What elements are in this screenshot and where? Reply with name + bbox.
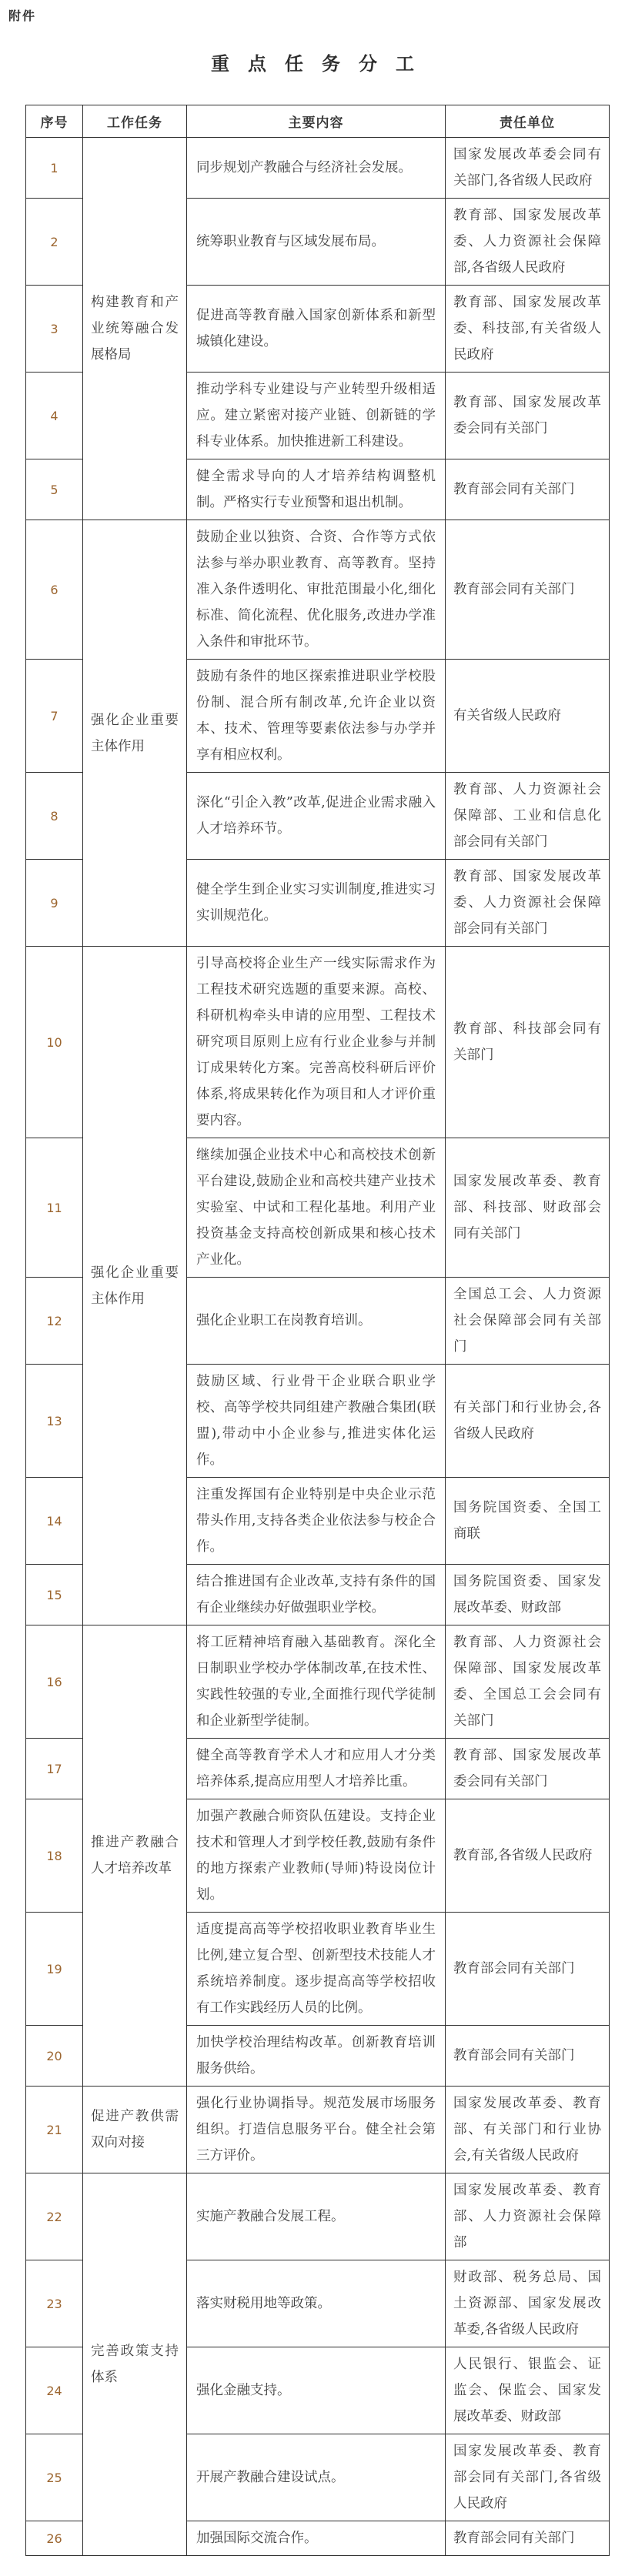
header-responsible-unit: 责任单位 [446, 105, 610, 138]
responsible-unit-cell: 教育部、科技部会同有关部门 [446, 947, 610, 1138]
main-content-cell: 注重发挥国有企业特别是中央企业示范带头作用,支持各类企业依法参与校企合作。 [187, 1478, 446, 1565]
serial-number-cell: 11 [26, 1138, 83, 1278]
responsible-unit-cell: 财政部、税务总局、国土资源部、国家发展改革委,各省级人民政府 [446, 2260, 610, 2347]
serial-number-cell: 7 [26, 660, 83, 773]
main-content-cell: 健全高等教育学术人才和应用人才分类培养体系,提高应用型人才培养比重。 [187, 1739, 446, 1799]
main-content-cell: 实施产教融合发展工程。 [187, 2173, 446, 2260]
responsible-unit-cell: 国家发展改革委会同有关部门,各省级人民政府 [446, 138, 610, 199]
work-task-cell: 构建教育和产业统筹融合发展格局 [83, 138, 187, 520]
responsible-unit-cell: 有关部门和行业协会,各省级人民政府 [446, 1365, 610, 1478]
responsible-unit-cell: 全国总工会、人力资源社会保障部会同有关部门 [446, 1278, 610, 1365]
table-row: 6强化企业重要主体作用鼓励企业以独资、合资、合作等方式依法参与举办职业教育、高等… [26, 520, 610, 660]
serial-number-cell: 16 [26, 1625, 83, 1739]
serial-number-cell: 15 [26, 1565, 83, 1625]
main-content-cell: 健全需求导向的人才培养结构调整机制。严格实行专业预警和退出机制。 [187, 459, 446, 520]
table-header-row: 序号 工作任务 主要内容 责任单位 [26, 105, 610, 138]
main-content-cell: 促进高等教育融入国家创新体系和新型城镇化建设。 [187, 286, 446, 373]
main-content-cell: 鼓励企业以独资、合资、合作等方式依法参与举办职业教育、高等教育。坚持准入条件透明… [187, 520, 446, 660]
responsible-unit-cell: 教育部、国家发展改革委、人力资源社会保障部会同有关部门 [446, 860, 610, 947]
main-content-cell: 统筹职业教育与区域发展布局。 [187, 199, 446, 286]
main-content-cell: 鼓励有条件的地区探索推进职业学校股份制、混合所有制改革,允许企业以资本、技术、管… [187, 660, 446, 773]
main-content-cell: 将工匠精神培育融入基础教育。深化全日制职业学校办学体制改革,在技术性、实践性较强… [187, 1625, 446, 1739]
work-task-cell: 强化企业重要主体作用 [83, 947, 187, 1625]
main-content-cell: 强化企业职工在岗教育培训。 [187, 1278, 446, 1365]
page-title: 重点任务分工 [0, 48, 625, 75]
responsible-unit-cell: 教育部、人力资源社会保障部、国家发展改革委、全国总工会会同有关部门 [446, 1625, 610, 1739]
serial-number-cell: 1 [26, 138, 83, 199]
main-content-cell: 继续加强企业技术中心和高校技术创新平台建设,鼓励企业和高校共建产业技术实验室、中… [187, 1138, 446, 1278]
serial-number-cell: 25 [26, 2434, 83, 2521]
responsible-unit-cell: 教育部会同有关部门 [446, 2026, 610, 2087]
serial-number-cell: 3 [26, 286, 83, 373]
main-content-cell: 适度提高高等学校招收职业教育毕业生比例,建立复合型、创新型技术技能人才系统培养制… [187, 1913, 446, 2026]
main-content-cell: 推动学科专业建设与产业转型升级相适应。建立紧密对接产业链、创新链的学科专业体系。… [187, 373, 446, 459]
responsible-unit-cell: 教育部、国家发展改革委、科技部,有关省级人民政府 [446, 286, 610, 373]
serial-number-cell: 17 [26, 1739, 83, 1799]
work-task-cell: 强化企业重要主体作用 [83, 520, 187, 947]
responsible-unit-cell: 国家发展改革委、教育部、科技部、财政部会同有关部门 [446, 1138, 610, 1278]
serial-number-cell: 13 [26, 1365, 83, 1478]
main-content-cell: 加强产教融合师资队伍建设。支持企业技术和管理人才到学校任教,鼓励有条件的地方探索… [187, 1799, 446, 1913]
serial-number-cell: 5 [26, 459, 83, 520]
work-task-cell: 促进产教供需双向对接 [83, 2087, 187, 2173]
header-serial-number: 序号 [26, 105, 83, 138]
serial-number-cell: 21 [26, 2087, 83, 2173]
document-page: 附件 重点任务分工 序号 工作任务 主要内容 责任单位 1构建教育和产业统筹融合… [0, 0, 625, 2556]
responsible-unit-cell: 教育部、人力资源社会保障部、工业和信息化部会同有关部门 [446, 773, 610, 860]
responsible-unit-cell: 教育部会同有关部门 [446, 2521, 610, 2556]
responsible-unit-cell: 国家发展改革委、教育部、人力资源社会保障部 [446, 2173, 610, 2260]
responsible-unit-cell: 国家发展改革委、教育部会同有关部门,各省级人民政府 [446, 2434, 610, 2521]
main-content-cell: 引导高校将企业生产一线实际需求作为工程技术研究选题的重要来源。高校、科研机构牵头… [187, 947, 446, 1138]
serial-number-cell: 4 [26, 373, 83, 459]
serial-number-cell: 8 [26, 773, 83, 860]
main-content-cell: 开展产教融合建设试点。 [187, 2434, 446, 2521]
table-row: 1构建教育和产业统筹融合发展格局同步规划产教融合与经济社会发展。国家发展改革委会… [26, 138, 610, 199]
main-content-cell: 深化“引企入教”改革,促进企业需求融入人才培养环节。 [187, 773, 446, 860]
serial-number-cell: 10 [26, 947, 83, 1138]
task-division-table: 序号 工作任务 主要内容 责任单位 1构建教育和产业统筹融合发展格局同步规划产教… [25, 105, 610, 2556]
responsible-unit-cell: 教育部、国家发展改革委会同有关部门 [446, 373, 610, 459]
responsible-unit-cell: 国务院国资委、全国工商联 [446, 1478, 610, 1565]
serial-number-cell: 23 [26, 2260, 83, 2347]
responsible-unit-cell: 教育部、国家发展改革委、人力资源社会保障部,各省级人民政府 [446, 199, 610, 286]
serial-number-cell: 14 [26, 1478, 83, 1565]
serial-number-cell: 9 [26, 860, 83, 947]
serial-number-cell: 18 [26, 1799, 83, 1913]
header-work-task: 工作任务 [83, 105, 187, 138]
responsible-unit-cell: 教育部,各省级人民政府 [446, 1799, 610, 1913]
main-content-cell: 落实财税用地等政策。 [187, 2260, 446, 2347]
work-task-cell: 完善政策支持体系 [83, 2173, 187, 2556]
responsible-unit-cell: 国务院国资委、国家发展改革委、财政部 [446, 1565, 610, 1625]
serial-number-cell: 24 [26, 2347, 83, 2434]
serial-number-cell: 12 [26, 1278, 83, 1365]
table-body: 1构建教育和产业统筹融合发展格局同步规划产教融合与经济社会发展。国家发展改革委会… [26, 138, 610, 2556]
work-task-cell: 推进产教融合人才培养改革 [83, 1625, 187, 2087]
responsible-unit-cell: 有关省级人民政府 [446, 660, 610, 773]
responsible-unit-cell: 教育部会同有关部门 [446, 1913, 610, 2026]
main-content-cell: 健全学生到企业实习实训制度,推进实习实训规范化。 [187, 860, 446, 947]
main-content-cell: 同步规划产教融合与经济社会发展。 [187, 138, 446, 199]
header-main-content: 主要内容 [187, 105, 446, 138]
responsible-unit-cell: 国家发展改革委、教育部、有关部门和行业协会,有关省级人民政府 [446, 2087, 610, 2173]
serial-number-cell: 6 [26, 520, 83, 660]
serial-number-cell: 2 [26, 199, 83, 286]
serial-number-cell: 26 [26, 2521, 83, 2556]
table-row: 16推进产教融合人才培养改革将工匠精神培育融入基础教育。深化全日制职业学校办学体… [26, 1625, 610, 1739]
serial-number-cell: 19 [26, 1913, 83, 2026]
responsible-unit-cell: 教育部会同有关部门 [446, 459, 610, 520]
main-content-cell: 加快学校治理结构改革。创新教育培训服务供给。 [187, 2026, 446, 2087]
table-row: 21促进产教供需双向对接强化行业协调指导。规范发展市场服务组织。打造信息服务平台… [26, 2087, 610, 2173]
main-content-cell: 鼓励区域、行业骨干企业联合职业学校、高等学校共同组建产教融合集团(联盟),带动中… [187, 1365, 446, 1478]
serial-number-cell: 22 [26, 2173, 83, 2260]
attachment-label: 附件 [8, 6, 625, 24]
responsible-unit-cell: 人民银行、银监会、证监会、保监会、国家发展改革委、财政部 [446, 2347, 610, 2434]
serial-number-cell: 20 [26, 2026, 83, 2087]
table-row: 10强化企业重要主体作用引导高校将企业生产一线实际需求作为工程技术研究选题的重要… [26, 947, 610, 1138]
table-row: 22完善政策支持体系实施产教融合发展工程。国家发展改革委、教育部、人力资源社会保… [26, 2173, 610, 2260]
main-content-cell: 强化行业协调指导。规范发展市场服务组织。打造信息服务平台。健全社会第三方评价。 [187, 2087, 446, 2173]
responsible-unit-cell: 教育部会同有关部门 [446, 520, 610, 660]
main-content-cell: 强化金融支持。 [187, 2347, 446, 2434]
table-header: 序号 工作任务 主要内容 责任单位 [26, 105, 610, 138]
main-content-cell: 结合推进国有企业改革,支持有条件的国有企业继续办好做强职业学校。 [187, 1565, 446, 1625]
responsible-unit-cell: 教育部、国家发展改革委会同有关部门 [446, 1739, 610, 1799]
main-content-cell: 加强国际交流合作。 [187, 2521, 446, 2556]
